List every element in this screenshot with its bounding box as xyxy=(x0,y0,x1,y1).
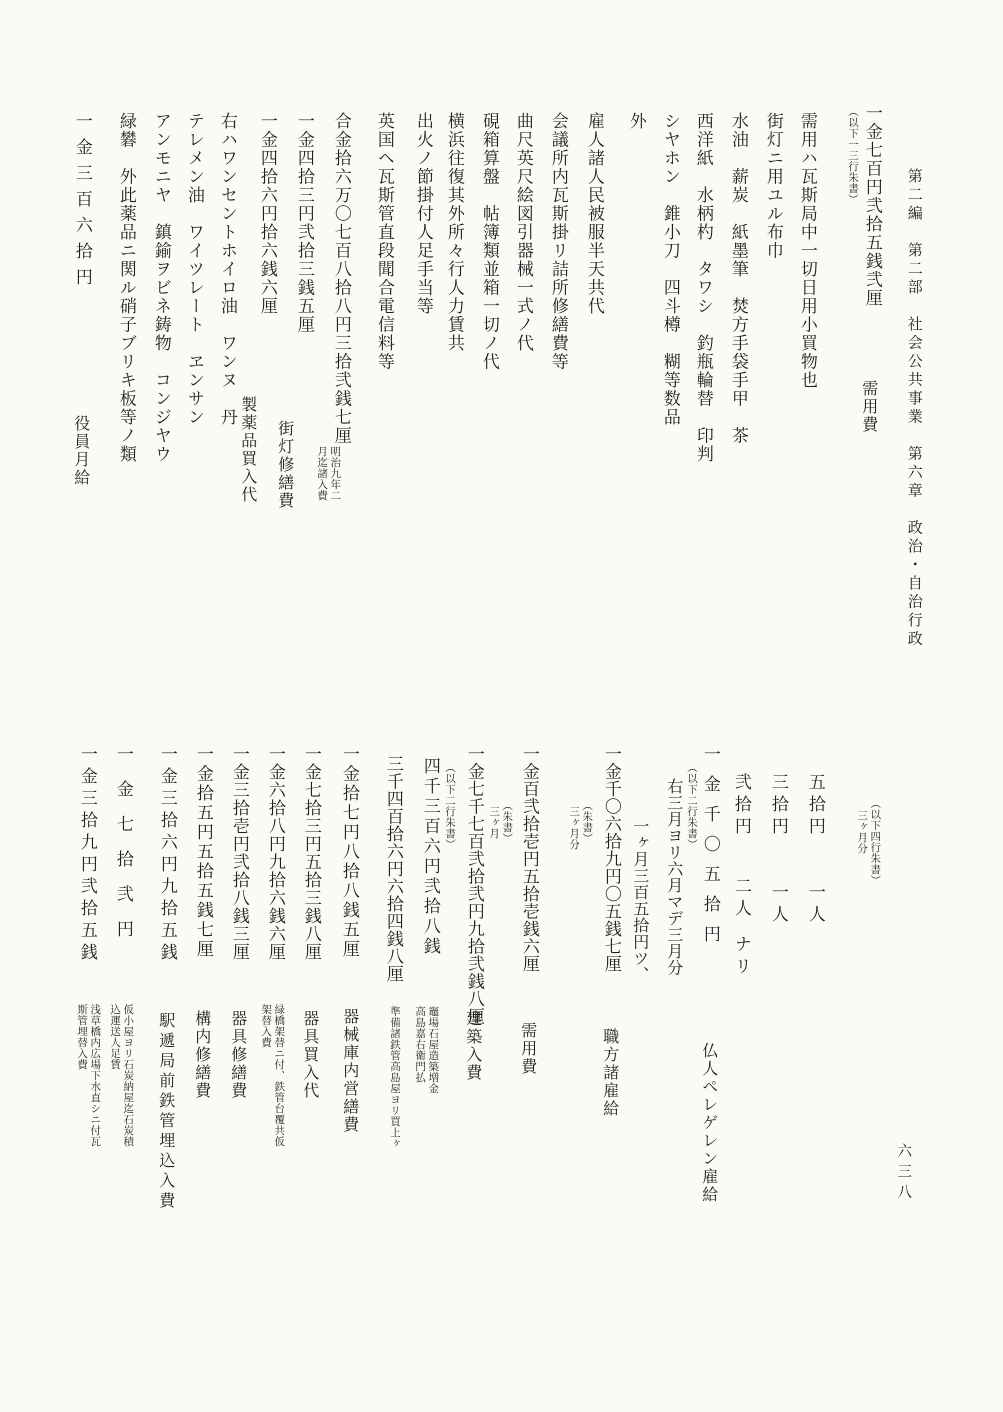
upper-entry1-amount: 一金七百円弐拾五銭弐厘 xyxy=(862,104,880,308)
upper-entry2-label: 街灯修繕費 xyxy=(276,420,293,510)
label-line: 架替入費 xyxy=(259,1004,272,1147)
upper-item: シヤホン 錐小刀 四斗樽 糊等数品 xyxy=(660,112,678,427)
lower-entry13-label: 仮小屋ヨリ石炭納屋迄石炭積 込運送人足賃 xyxy=(108,1004,134,1147)
upper-entry3-amount: 一金四拾六円拾六銭六厘 xyxy=(257,112,275,316)
lower-entry4-annotation: （以下二行朱書） xyxy=(444,762,455,850)
upper-item: 水油 薪炭 紙墨筆 焚方手袋手甲 茶 xyxy=(728,112,746,445)
upper-item: 西洋紙 水柄杓 タワシ 釣瓶輪替 印判 xyxy=(693,112,711,464)
salary-row: 三拾円一人 xyxy=(768,773,786,927)
annotation-line: 明治九年二 xyxy=(328,446,341,501)
upper-item: 需用ハ瓦斯局中一切日用小買物也 xyxy=(797,112,815,390)
running-head: 第二編 第二部 社会公共事業 第六章 政治・自治行政 xyxy=(906,168,922,649)
lower-entry8-label: 器具買入代 xyxy=(301,1010,318,1100)
upper-item: 雇人諸人民被服半天共代 xyxy=(584,112,602,316)
lower-entry5-amount: 四千三百六円弐拾八銭 xyxy=(420,757,438,957)
annotation-line: （朱書） xyxy=(500,800,513,844)
lower-entry2-annotation: （朱書） 三ヶ月分 xyxy=(567,800,593,850)
salary-count: 一人 xyxy=(805,883,825,927)
salary-amount: 三拾円 xyxy=(768,773,788,839)
lower-entry6-amount: 三千四百拾六円六拾四銭八厘 xyxy=(383,755,401,983)
lower-entry1-note1: 右三月ヨリ六月マデ三月分 xyxy=(665,778,682,976)
lower-entry3-annotation: （朱書） 三ヶ月 xyxy=(487,800,513,844)
upper-item: 会議所内瓦斯掛リ詰所修繕費等 xyxy=(548,112,566,371)
upper-item: 英国ヘ瓦斯管直段聞合電信料等 xyxy=(374,112,392,371)
upper-total-amount: 合金拾六万〇七百八拾八円三拾弐銭七厘 xyxy=(331,112,349,445)
lower-entry1-label: 仏人ペレゲレン雇給 xyxy=(700,1042,717,1204)
lower-entry9-label: 緑橋架替ニ付、鉄管台覆共仮 架替入費 xyxy=(259,1004,285,1147)
label-line: 込運送人足賃 xyxy=(108,1004,121,1147)
lower-entry11-label: 構内修繕費 xyxy=(193,1010,210,1100)
lower-entry14-label: 浅草橋内広場下水直シニ付瓦 斯管埋替入費 xyxy=(75,1004,101,1147)
lower-entry11-amount: 一金拾五円五拾五銭七厘 xyxy=(193,745,211,960)
salary-row: 五拾円一人 xyxy=(805,773,823,927)
document-page: 第二編 第二部 社会公共事業 第六章 政治・自治行政 六三八 一金七百円弐拾五銭… xyxy=(0,0,1003,1412)
lower-entry14-amount: 一金三拾九円弐拾五銭 xyxy=(77,745,95,965)
annotation-line: （朱書） xyxy=(580,800,593,850)
lower-entry12-label: 駅遞局前鉄管埋込入費 xyxy=(157,1012,174,1212)
lower-entry6-label: 準備諸鉄管高島屋ヨリ買上ヶ xyxy=(389,1006,400,1149)
upper-item: 硯箱算盤 帖簿類並箱一切ノ代 xyxy=(479,112,497,371)
upper-item: 出火ノ節掛付人足手当等 xyxy=(413,112,431,316)
upper-material: テレメン油 ワイツレート ヱンサン xyxy=(184,112,202,427)
upper-item: 外 xyxy=(626,112,644,131)
upper-material: 右ハワンセントホイロ油 ワンヌ 丹 xyxy=(217,112,235,427)
upper-entry4-label: 役員月給 xyxy=(72,415,89,487)
lower-entry10-amount: 一金三拾壱円弐拾八銭三厘 xyxy=(229,745,247,961)
annotation-line: 三ヶ月分 xyxy=(567,800,580,850)
upper-item: 横浜往復其外所々行人力賃共 xyxy=(444,112,462,353)
lower-entry2-label: 職方諸雇給 xyxy=(601,1028,618,1118)
lower-entry7-label: 器械庫内営繕費 xyxy=(341,1008,358,1134)
lower-entry4-amount: 一金七千七百弐拾弐円九拾弐銭八厘 xyxy=(464,745,482,1025)
lower-entry9-amount: 一金六拾八円九拾六銭六厘 xyxy=(265,745,283,961)
upper-entry2-amount: 一金四拾三円弐拾三銭五厘 xyxy=(294,112,312,334)
salary-count: 一人 xyxy=(768,883,788,927)
label-line: 緑橋架替ニ付、鉄管台覆共仮 xyxy=(272,1004,285,1147)
lower-entry12-amount: 一金三拾六円九拾五銭 xyxy=(157,745,175,965)
lower-entry5-label: 竈場石屋造築増金 高島嘉右衛門払 xyxy=(413,1006,439,1094)
label-line: 浅草橋内広場下水直シニ付瓦 xyxy=(88,1004,101,1147)
upper-entry1-label: 需用費 xyxy=(860,380,877,434)
lower-entry3-amount: 一金百弐拾壱円五拾壱銭六厘 xyxy=(519,745,537,973)
salary-amount: 五拾円 xyxy=(805,773,825,839)
label-line: 斯管埋替入費 xyxy=(75,1004,88,1147)
lower-entry7-amount: 一金拾七円八拾八銭五厘 xyxy=(339,745,357,960)
annotation-line: 三ヶ月 xyxy=(487,800,500,844)
upper-total-annotation: 明治九年二 月迄諸入費 xyxy=(315,446,341,501)
lower-entry8-amount: 一金七拾三円五拾三銭八厘 xyxy=(301,745,319,961)
lower-entry1-note2: 一ヶ月三百五拾円ツ、 xyxy=(631,818,648,983)
lower-section-annotation: （以下四行朱書） 三ヶ月分 xyxy=(855,798,881,886)
label-line: 竈場石屋造築増金 xyxy=(426,1006,439,1094)
upper-entry3-label: 製薬品買入代 xyxy=(239,396,256,504)
lower-entry10-label: 器具修繕費 xyxy=(229,1010,246,1100)
lower-entry2-amount: 一金千〇六拾九円〇五銭七厘 xyxy=(601,745,619,973)
lower-entry13-amount: 一金七拾弐円 xyxy=(113,745,131,955)
upper-entry1-annotation: （以下一三行朱書） xyxy=(847,106,858,205)
lower-entry1-annotation: （以下二行朱書） xyxy=(686,762,697,850)
label-line: 高島嘉右衛門払 xyxy=(413,1006,426,1094)
lower-entry1-amount: 一金千〇五拾円 xyxy=(700,745,718,955)
upper-material: 緑礬 外此薬品ニ関ル硝子ブリキ板等ノ類 xyxy=(116,112,134,464)
salary-row: 弐拾円二人ナリ xyxy=(731,773,749,979)
salary-suffix: ナリ xyxy=(731,935,751,979)
annotation-line: （以下四行朱書） xyxy=(868,798,881,886)
lower-entry3-label: 需用費 xyxy=(519,1022,536,1076)
annotation-line: 月迄諸入費 xyxy=(315,446,328,501)
upper-material: アンモニヤ 鎮鍮ヲビネ鋳物 コンジヤウ xyxy=(151,112,169,464)
upper-item: 街灯ニ用ユル布巾 xyxy=(763,112,781,260)
annotation-line: 三ヶ月分 xyxy=(855,798,868,886)
salary-amount: 弐拾円 xyxy=(731,773,751,839)
salary-count: 二人 xyxy=(731,877,751,921)
lower-entry4-label: 建築入費 xyxy=(464,1010,481,1082)
page-number: 六三八 xyxy=(895,1143,910,1205)
upper-item: 曲尺英尺絵図引器械一式ノ代 xyxy=(513,112,531,353)
upper-entry4-amount: 一金三百六拾円 xyxy=(72,112,90,294)
label-line: 仮小屋ヨリ石炭納屋迄石炭積 xyxy=(121,1004,134,1147)
